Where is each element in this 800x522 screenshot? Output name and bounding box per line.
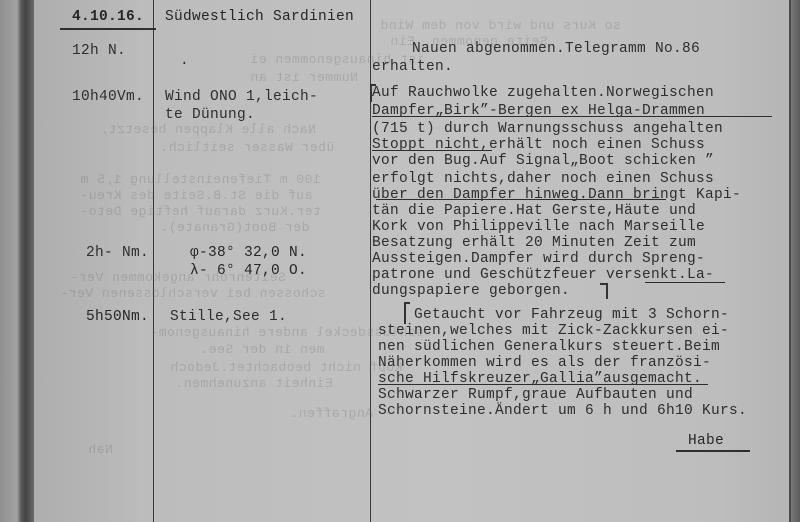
remark-line: Dampfer„Birk”-Bergen ex Helga-Drammen	[372, 102, 705, 120]
date-underline	[60, 28, 156, 30]
bleed-through-line: Einheit anzunehmen.	[175, 376, 333, 391]
location: Südwestlich Sardinien	[165, 8, 354, 26]
column-rule-conditions	[370, 0, 371, 522]
remark-line: erhalten.	[372, 58, 453, 76]
page-edge-right	[790, 0, 800, 522]
remark-line: Auf Rauchwolke zugehalten.Norwegischen	[372, 84, 714, 102]
text-underline	[372, 150, 492, 151]
column-rule-remarks	[789, 0, 791, 522]
bleed-through-line: Angrəffen.	[290, 406, 373, 421]
entry-conditions: Stille,See 1.	[170, 308, 287, 326]
entry-conditions: .	[180, 52, 189, 70]
entry-conditions-line: te Dünung.	[165, 106, 255, 124]
bleed-through-line: auf die St.B.Seite des Kreu-	[80, 188, 312, 203]
remark-line: Nauen abgenommen.Telegramm No.86	[412, 40, 700, 58]
bleed-through-line: Kopf nicht beobachtet.Jedoch	[170, 360, 402, 375]
signature-underline	[676, 450, 750, 452]
bleed-through-line: Nach alle Klappen besetzt,	[100, 122, 316, 137]
signature: Habe	[688, 432, 724, 450]
entry-time: 12h N.	[72, 42, 126, 60]
longitude: λ- 6° 47,0 O.	[190, 262, 307, 280]
entry-time: 5h50Nm.	[86, 308, 149, 326]
entry-date: 4.10.16.	[72, 8, 144, 26]
column-rule-time	[153, 0, 154, 522]
bleed-through-line: Nummer ist an	[250, 70, 358, 85]
bleed-through-line: 100 m Tiefeneinstellung 1,5 m	[80, 172, 321, 187]
bleed-through-line: so Kurs und wird von dem Wind	[380, 18, 621, 33]
entry-conditions-line: Wind ONO 1,leich-	[165, 88, 318, 106]
text-underline	[376, 199, 666, 200]
binding-edge-left	[0, 0, 34, 522]
bleed-through-line: ter.Kurz darauf heftige Deto-	[80, 204, 321, 219]
bleed-through-line: men in der See.	[200, 342, 325, 357]
scanned-page: so Kurs und wird von dem Wind Seite geno…	[0, 0, 800, 522]
bracket-close	[600, 283, 608, 299]
remark-line: vor den Bug.Auf Signal„Boot schicken ”	[372, 152, 714, 170]
text-underline	[378, 384, 708, 385]
bracket-open	[404, 302, 410, 324]
remark-line: Schornsteine.Ändert um 6 h und 6h10 Kurs…	[378, 402, 747, 420]
latitude: φ-38° 32,0 N.	[190, 244, 307, 262]
text-underline	[372, 116, 772, 117]
entry-time: 2h- Nm.	[86, 244, 149, 262]
bleed-through-line: Nəh	[88, 442, 113, 457]
bleed-through-line: der Boot(Granate).	[160, 220, 309, 235]
bleed-through-line: über Wasser seitlich.	[160, 140, 334, 155]
entry-time: 10h40Vm.	[72, 88, 144, 106]
bleed-through-line: schossen bei verschlossenen Ver-	[60, 286, 326, 301]
remark-line: dungspapiere geborgen.	[372, 282, 570, 300]
text-underline	[645, 282, 725, 283]
